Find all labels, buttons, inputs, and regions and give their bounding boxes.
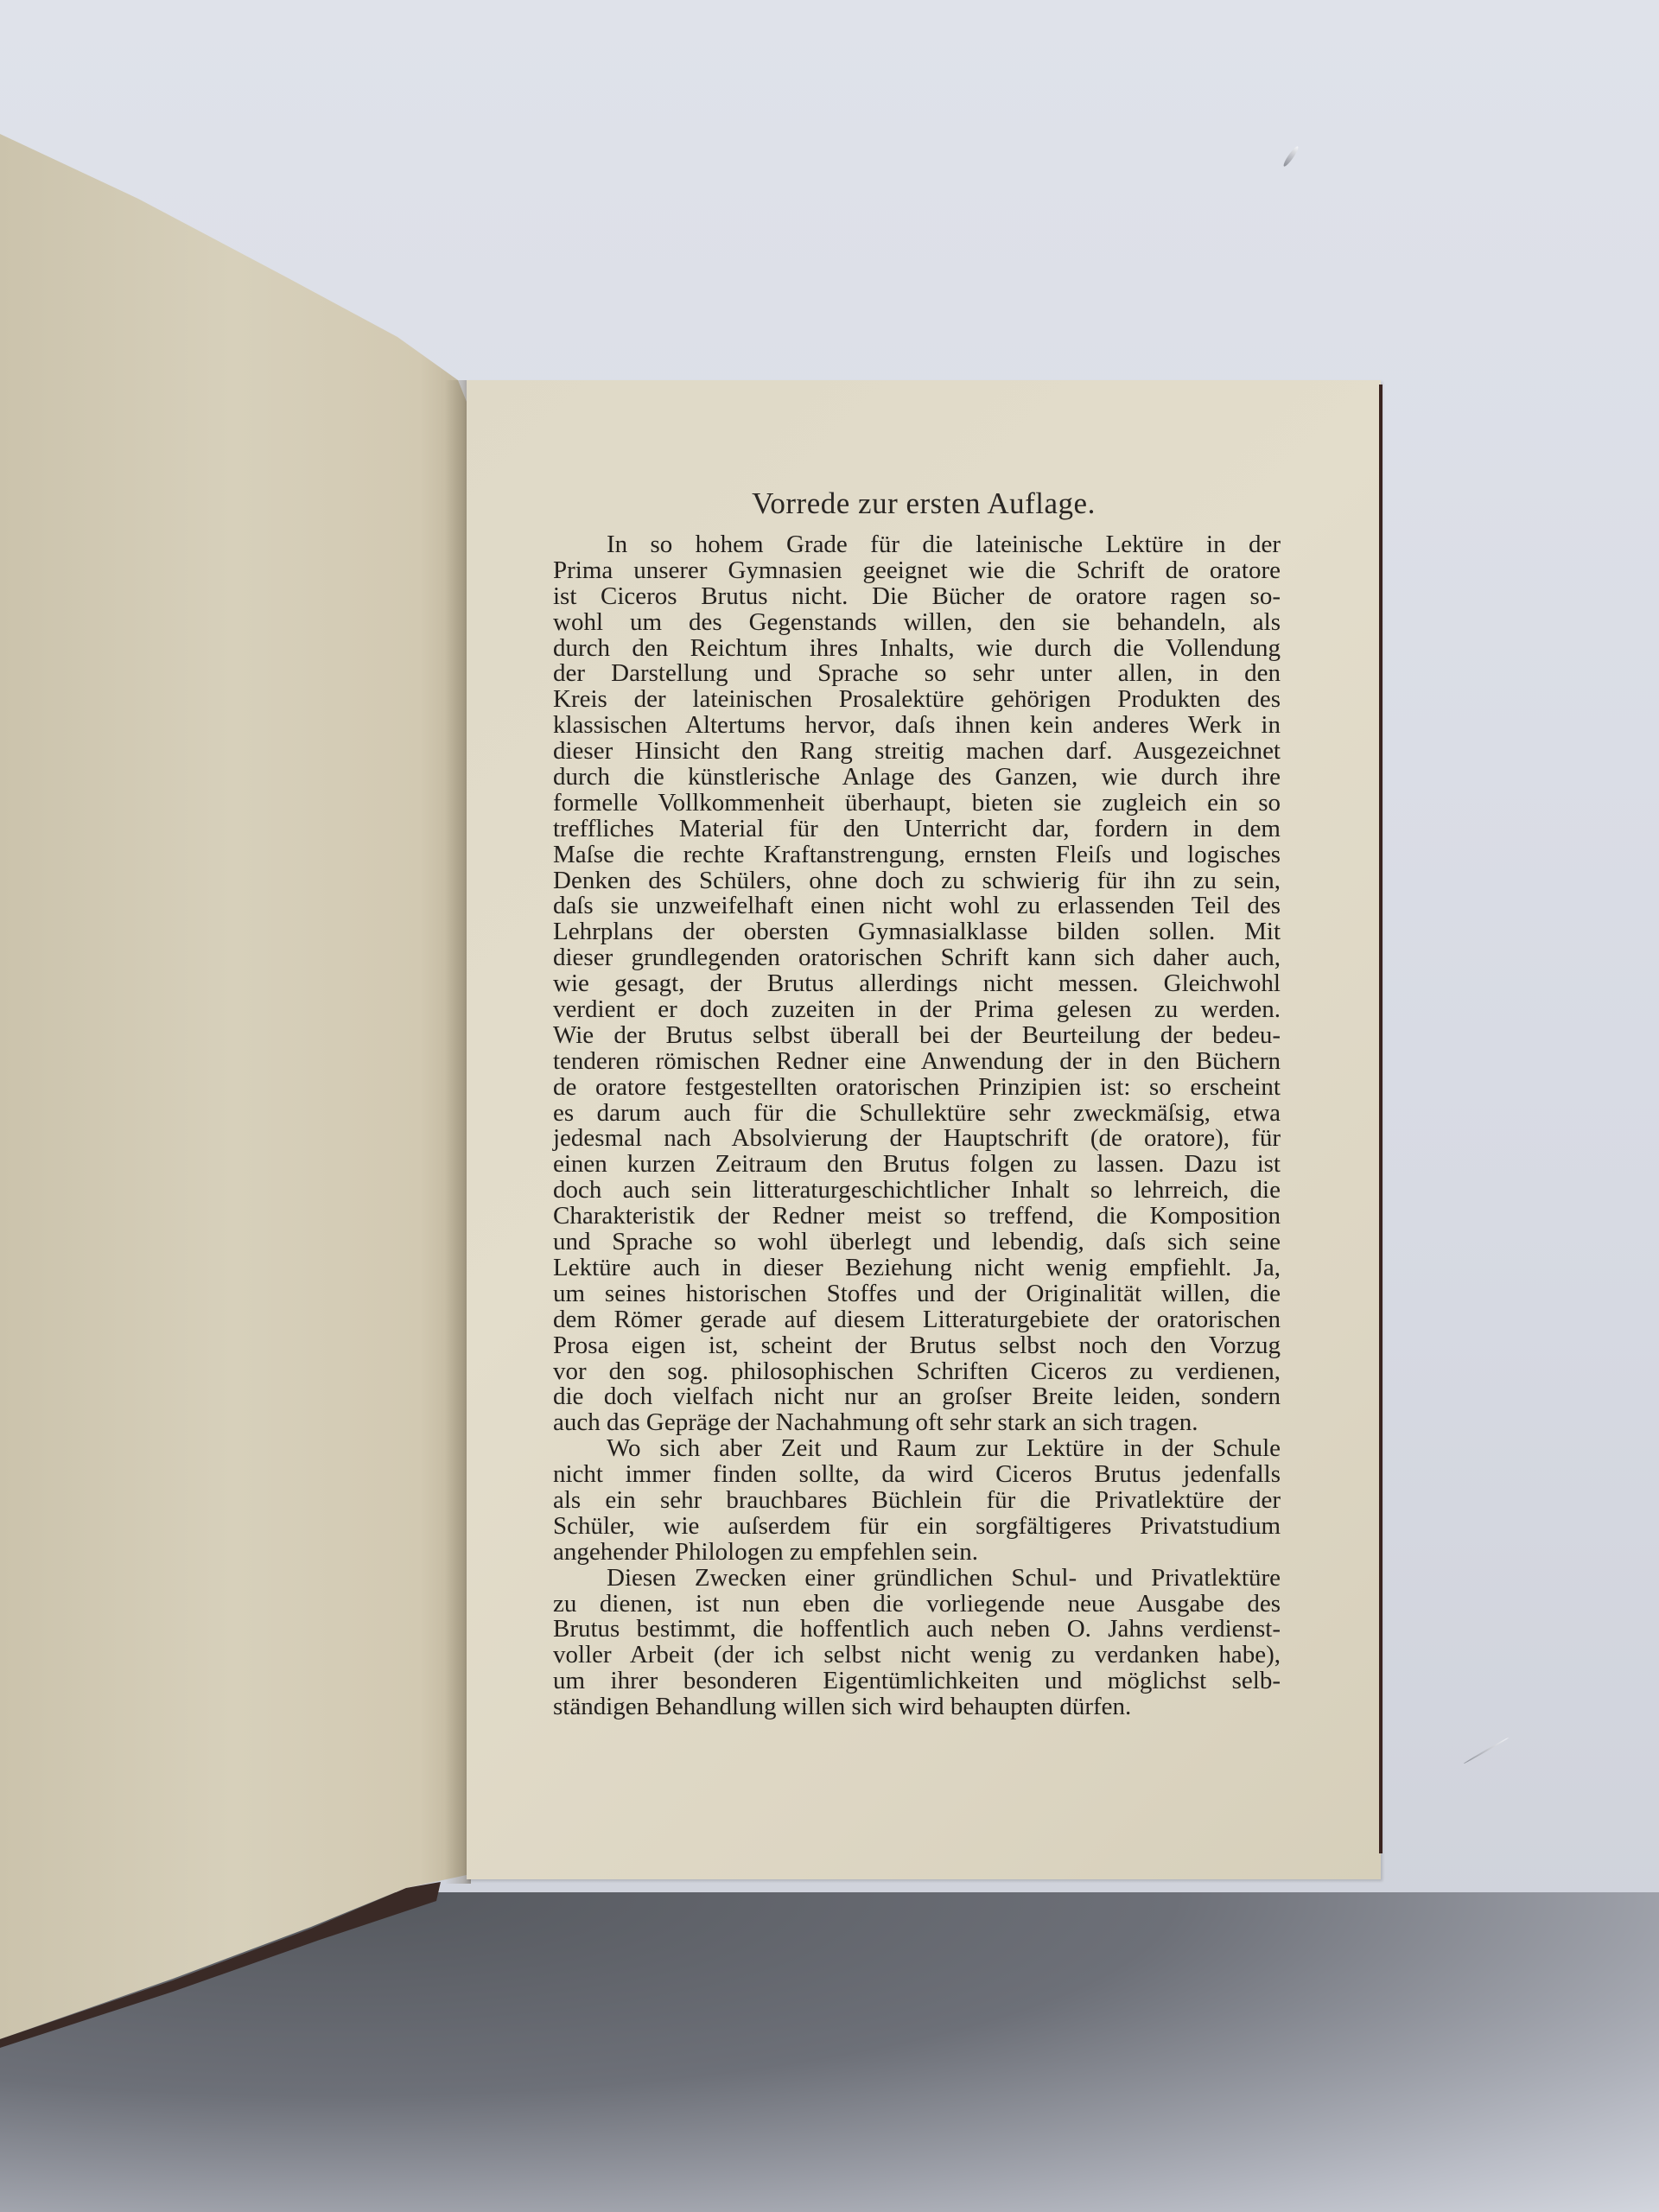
text-line: wohl um des Gegenstands willen, den sie … [553, 610, 1281, 636]
text-line: es darum auch für die Schullektüre sehr … [553, 1101, 1281, 1127]
text-line: daſs sie unzweifelhaft einen nicht wohl … [553, 893, 1281, 919]
text-line: Diesen Zwecken einer gründlichen Schul- … [553, 1566, 1281, 1592]
text-line: durch den Reichtum ihres Inhalts, wie du… [553, 636, 1281, 662]
text-line: dem Römer gerade auf diesem Litteraturge… [553, 1307, 1281, 1333]
book-cover-edge-right [1379, 385, 1382, 1853]
text-line: und Sprache so wohl überlegt und lebendi… [553, 1230, 1281, 1255]
text-line: tenderen römischen Redner eine Anwendung… [553, 1049, 1281, 1075]
text-line: ist Ciceros Brutus nicht. Die Bücher de … [553, 584, 1281, 610]
text-line: vor den sog. philosophischen Schriften C… [553, 1359, 1281, 1385]
text-line: voller Arbeit (der ich selbst nicht weni… [553, 1643, 1281, 1669]
paragraph-1: In so hohem Grade für die lateinische Le… [553, 532, 1281, 1436]
text-line: einen kurzen Zeitraum den Brutus folgen … [553, 1152, 1281, 1178]
text-line: die doch vielfach nicht nur an groſser B… [553, 1384, 1281, 1410]
text-line: als ein sehr brauchbares Büchlein für di… [553, 1488, 1281, 1514]
text-line: um seines historischen Stoffes und der O… [553, 1281, 1281, 1307]
text-line: Maſse die rechte Kraftanstrengung, ernst… [553, 842, 1281, 868]
text-line: Charakteristik der Redner meist so treff… [553, 1204, 1281, 1230]
text-line: de oratore festgestellten oratorischen P… [553, 1075, 1281, 1101]
text-line: dieser grundlegenden oratorischen Schrif… [553, 945, 1281, 971]
text-line: jedesmal nach Absolvierung der Hauptschr… [553, 1126, 1281, 1152]
text-line: doch auch sein litteraturgeschichtlicher… [553, 1178, 1281, 1204]
text-line: treffliches Material für den Unterricht … [553, 817, 1281, 842]
text-line: Prosa eigen ist, scheint der Brutus selb… [553, 1333, 1281, 1359]
text-line: In so hohem Grade für die lateinische Le… [553, 532, 1281, 558]
text-line: ständigen Behandlung willen sich wird be… [553, 1694, 1281, 1720]
text-line: verdient er doch zuzeiten in der Prima g… [553, 997, 1281, 1023]
text-line: auch das Gepräge der Nachahmung oft sehr… [553, 1410, 1281, 1436]
text-line: nicht immer finden sollte, da wird Cicer… [553, 1462, 1281, 1488]
right-page: Vorrede zur ersten Auflage. In so hohem … [467, 380, 1381, 1879]
text-line: angehender Philologen zu empfehlen sein. [553, 1540, 1281, 1566]
text-line: Prima unserer Gymnasien geeignet wie die… [553, 558, 1281, 584]
text-line: dieser Hinsicht den Rang streitig machen… [553, 739, 1281, 765]
text-line: formelle Vollkommenheit überhaupt, biete… [553, 791, 1281, 817]
page-title: Vorrede zur ersten Auflage. [467, 486, 1381, 521]
text-line: um ihrer besonderen Eigentümlichkeiten u… [553, 1669, 1281, 1694]
text-line: zu dienen, ist nun eben die vorliegende … [553, 1592, 1281, 1618]
text-line: wie gesagt, der Brutus allerdings nicht … [553, 971, 1281, 997]
text-line: der Darstellung und Sprache so sehr unte… [553, 661, 1281, 687]
text-line: Wo sich aber Zeit und Raum zur Lektüre i… [553, 1436, 1281, 1462]
paragraph-3: Diesen Zwecken einer gründlichen Schul- … [553, 1566, 1281, 1720]
text-line: Lehrplans der obersten Gymnasialklasse b… [553, 919, 1281, 945]
text-line: Lektüre auch in dieser Beziehung nicht w… [553, 1255, 1281, 1281]
text-line: Denken des Schülers, ohne doch zu schwie… [553, 868, 1281, 894]
text-line: Kreis der lateinischen Prosalektüre gehö… [553, 687, 1281, 713]
text-line: klassischen Altertums hervor, daſs ihnen… [553, 713, 1281, 739]
text-line: durch die künstlerische Anlage des Ganze… [553, 765, 1281, 791]
preface-text: In so hohem Grade für die lateinische Le… [553, 532, 1281, 1720]
text-line: Brutus bestimmt, die hoffentlich auch ne… [553, 1617, 1281, 1643]
left-page-blank [0, 0, 467, 2212]
text-line: Wie der Brutus selbst überall bei der Be… [553, 1023, 1281, 1049]
text-line: Schüler, wie auſserdem für ein sorgfälti… [553, 1514, 1281, 1540]
paragraph-2: Wo sich aber Zeit und Raum zur Lektüre i… [553, 1436, 1281, 1565]
surface-scuff [1464, 1737, 1510, 1764]
surface-scuff [1282, 145, 1300, 168]
